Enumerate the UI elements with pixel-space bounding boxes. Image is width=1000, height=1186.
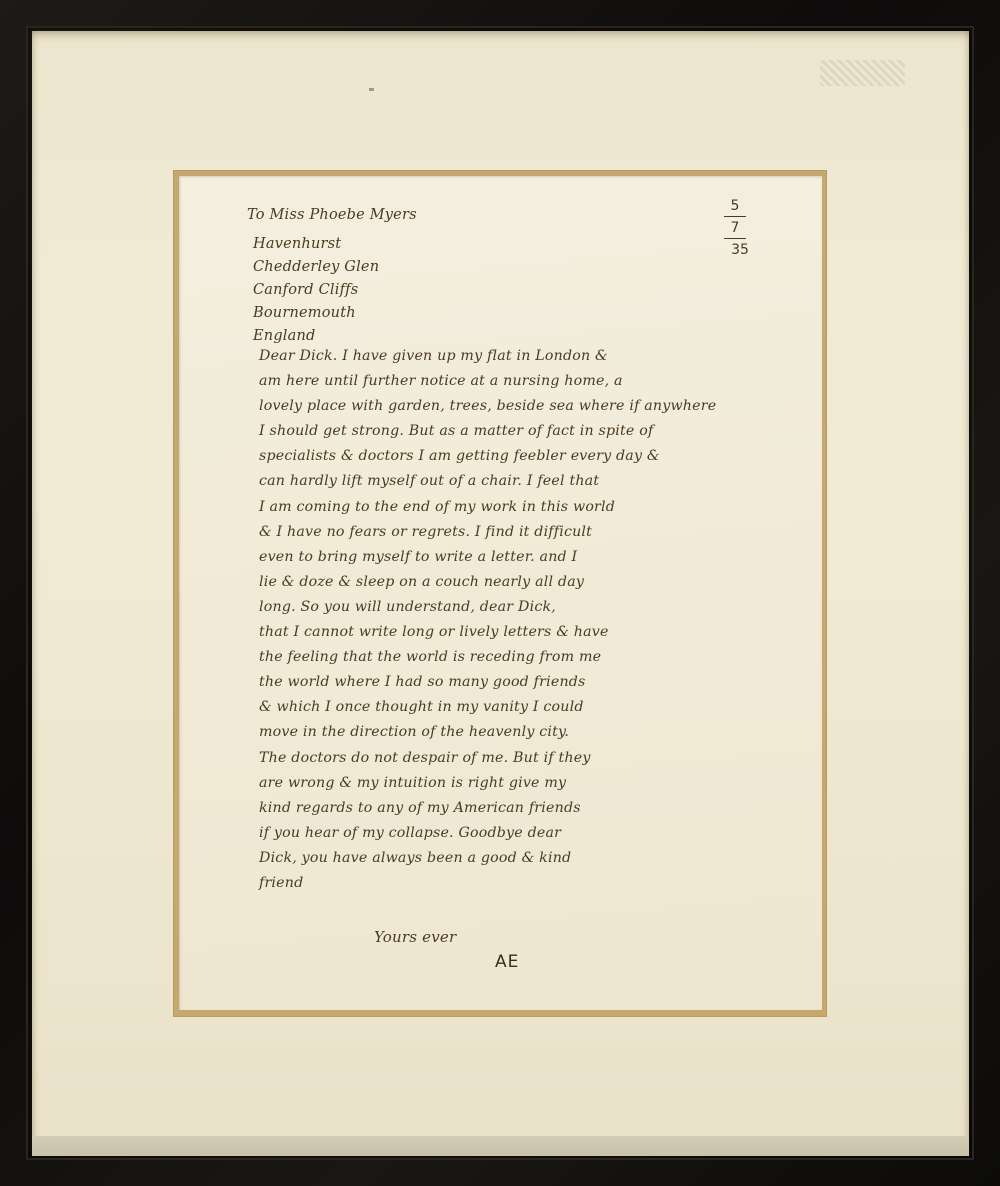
address-line-district: Canford Cliffs <box>253 279 417 302</box>
letter-sheet: To Miss Phoebe Myers Havenhurst Chedderl… <box>179 176 822 1010</box>
body-line: I should get strong. But as a matter of … <box>259 419 779 444</box>
body-line: Dick, you have always been a good & kind <box>259 846 779 871</box>
mat-embossed-stamp <box>820 60 905 86</box>
body-line: & I have no fears or regrets. I find it … <box>259 520 779 545</box>
body-line: even to bring myself to write a letter. … <box>259 545 779 570</box>
body-line: & which I once thought in my vanity I co… <box>259 695 779 720</box>
recipient-line: To Miss Phoebe Myers <box>247 204 417 227</box>
address-line-house: Havenhurst <box>253 233 417 256</box>
body-line: move in the direction of the heavenly ci… <box>259 720 779 745</box>
body-line: the feeling that the world is receding f… <box>259 645 779 670</box>
date-divider <box>724 238 746 239</box>
address-line-town: Bournemouth <box>253 302 417 325</box>
body-line: lie & doze & sleep on a couch nearly all… <box>259 570 779 595</box>
address-line-road: Chedderley Glen <box>253 256 417 279</box>
body-line: the world where I had so many good frien… <box>259 670 779 695</box>
body-line: am here until further notice at a nursin… <box>259 369 779 394</box>
letter-body: Dear Dick. I have given up my flat in Lo… <box>259 344 779 896</box>
body-line: I am coming to the end of my work in thi… <box>259 495 779 520</box>
body-line: that I cannot write long or lively lette… <box>259 620 779 645</box>
date-divider <box>724 216 746 217</box>
body-line: can hardly lift myself out of a chair. I… <box>259 469 779 494</box>
letter-signature: AE <box>495 952 519 972</box>
body-line: specialists & doctors I am getting feebl… <box>259 444 779 469</box>
body-line: lovely place with garden, trees, beside … <box>259 394 779 419</box>
body-line: friend <box>259 871 779 896</box>
body-line: Dear Dick. I have given up my flat in Lo… <box>259 344 779 369</box>
date-day: 5 <box>715 198 755 214</box>
date-month: 7 <box>715 220 755 236</box>
letter-closing: Yours ever <box>374 928 456 946</box>
mat-bottom-shadow <box>32 1136 969 1156</box>
body-line: are wrong & my intuition is right give m… <box>259 771 779 796</box>
body-line: if you hear of my collapse. Goodbye dear <box>259 821 779 846</box>
letter-date: 5 7 35 <box>715 198 755 258</box>
address-block: To Miss Phoebe Myers Havenhurst Chedderl… <box>253 204 417 348</box>
date-year: 35 <box>725 242 755 258</box>
body-line: kind regards to any of my American frien… <box>259 796 779 821</box>
body-line: long. So you will understand, dear Dick, <box>259 595 779 620</box>
body-line: The doctors do not despair of me. But if… <box>259 746 779 771</box>
mat-mark <box>369 88 374 91</box>
